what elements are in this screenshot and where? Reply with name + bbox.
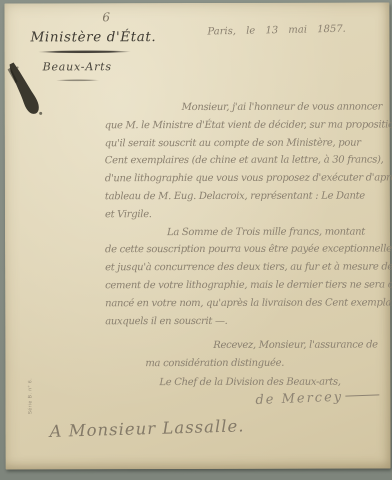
body-line: que M. le Ministre d'État vient de décid… [105,116,392,135]
body-line: qu'il serait souscrit au compte de son M… [105,134,392,153]
body-line: La Somme de Trois mille francs, montant [105,223,392,242]
body-line: et jusqu'à concurrence des deux tiers, a… [105,259,392,278]
page-number: 6 [102,10,110,24]
dateline: Paris, le 13 mai 1857. [207,23,382,38]
letter-scan: 6 Ministère d'État. Beaux-Arts Paris, le… [0,0,392,480]
signature: de Mercey [255,388,379,408]
letterhead-bureau: Beaux-Arts [43,60,112,73]
letter-paper: 6 Ministère d'État. Beaux-Arts Paris, le… [4,2,390,469]
closing-line: Recevez, Monsieur, l'assurance de [105,336,392,355]
signature-flourish [345,394,379,396]
bureau-underline [57,79,99,81]
body-line: Monsieur, j'ai l'honneur de vous annonce… [105,98,392,117]
letterhead-divider [39,50,131,53]
letterhead-ministry: Ministère d'État. [30,29,156,45]
ink-blot [6,61,52,123]
body-line: de cette souscription pourra vous être p… [105,241,392,260]
letter-body: Monsieur, j'ai l'honneur de vous annonce… [105,98,392,330]
body-line: Cent exemplaires (de chine et avant la l… [105,152,392,171]
body-line: et Virgile. [105,205,392,224]
body-line: cement de votre lithographie, mais le de… [105,276,392,295]
closing-block: Recevez, Monsieur, l'assurance de ma con… [105,336,392,391]
body-line: d'une lithographie que vous vous propose… [105,170,392,189]
body-line: auxquels il en souscrit —. [105,312,392,331]
signature-text: de Mercey [255,390,343,408]
body-line: nancé en votre nom, qu'après la livraiso… [105,294,392,313]
margin-series-note: Série B. n° 6. [27,378,33,415]
addressee: A Monsieur Lassalle. [49,416,244,441]
closing-line: ma considération distinguée. [105,354,392,373]
body-line: tableau de M. Eug. Delacroix, représenta… [105,187,392,206]
